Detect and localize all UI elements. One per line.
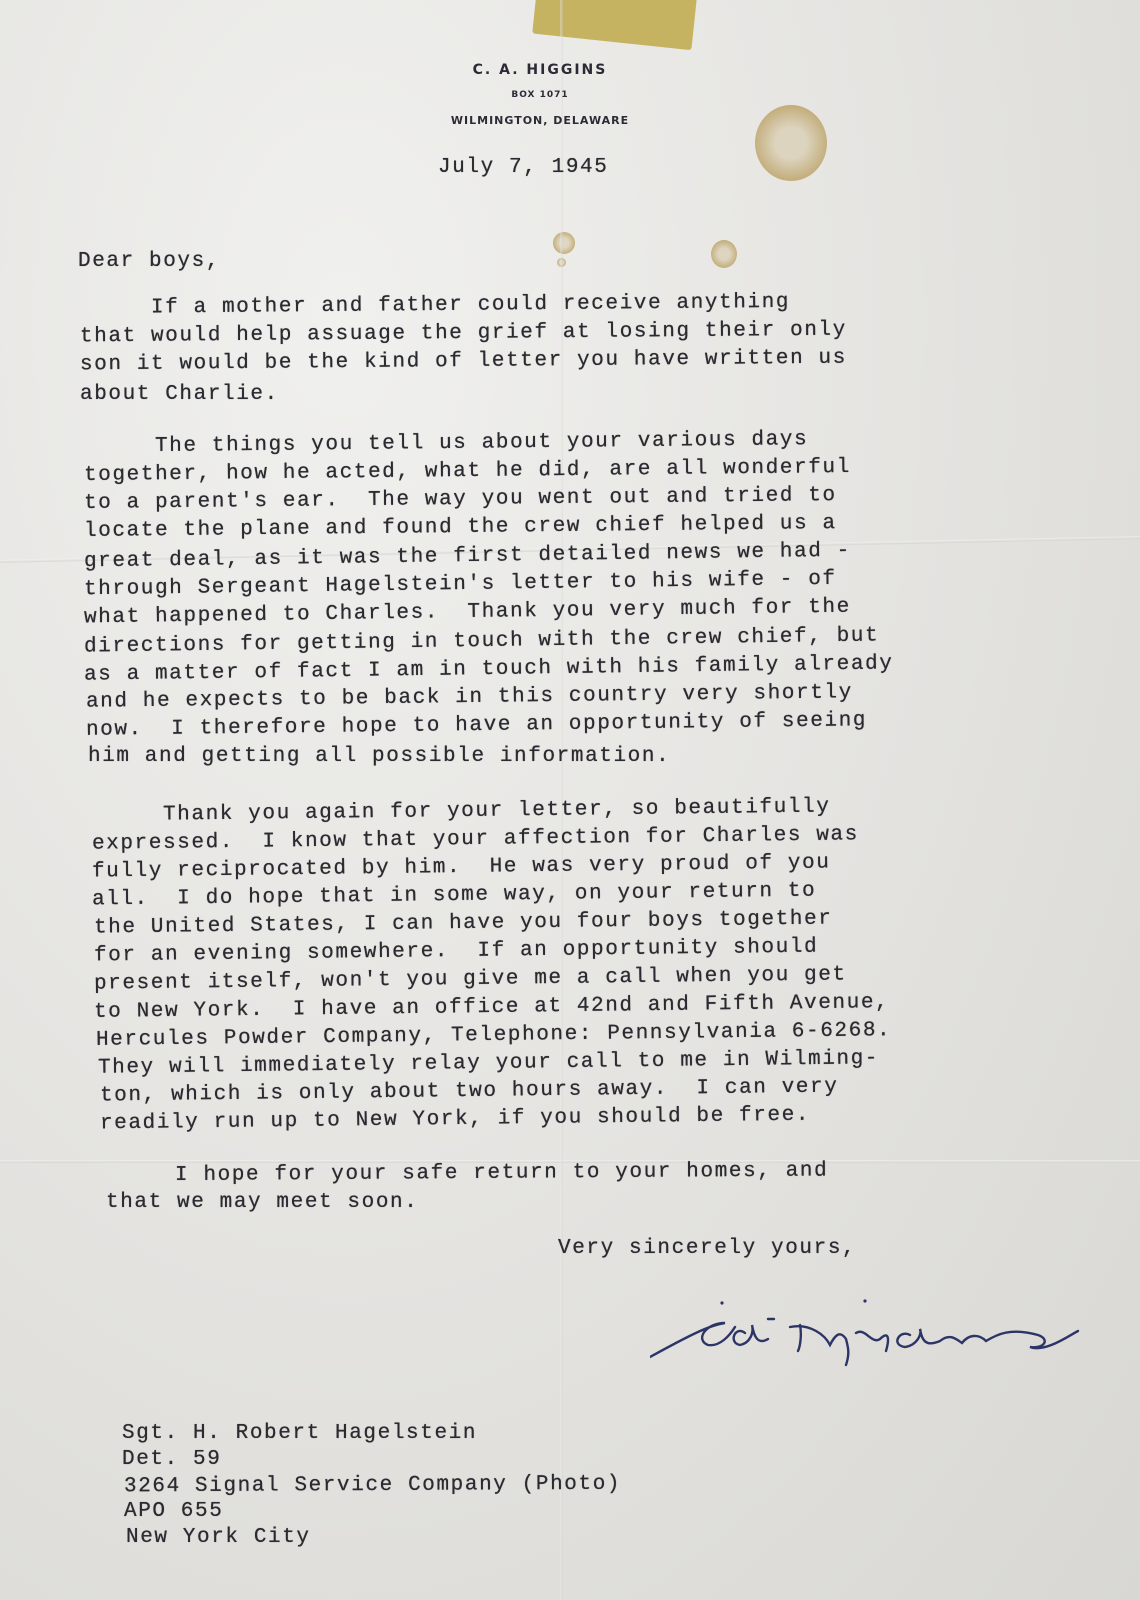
body-line: now. I therefore hope to have an opportu…	[86, 709, 867, 742]
body-line: together, how he acted, what he did, are…	[84, 456, 851, 487]
body-line: ton, which is only about two hours away.…	[100, 1075, 839, 1107]
body-line: son it would be the kind of letter you h…	[80, 347, 847, 377]
recipient-line: APO 655	[124, 1500, 223, 1523]
recipient-line: 3264 Signal Service Company (Photo)	[124, 1473, 621, 1499]
coffee-stain	[553, 232, 575, 254]
coffee-stain	[711, 240, 737, 268]
letterhead-box: BOX 1071	[400, 90, 680, 100]
body-line: all. I do hope that in some way, on your…	[92, 880, 817, 912]
body-line: readily run up to New York, if you shoul…	[100, 1104, 810, 1136]
body-line: the United States, I can have you four b…	[94, 907, 833, 939]
body-line: him and getting all possible information…	[88, 745, 670, 768]
letterhead-city: WILMINGTON, DELAWARE	[400, 114, 680, 127]
letter-date: July 7, 1945	[438, 156, 608, 179]
closing: Very sincerely yours,	[558, 1237, 856, 1260]
body-line: fully reciprocated by him. He was very p…	[92, 851, 831, 883]
letter-page: C. A. HIGGINS BOX 1071 WILMINGTON, DELAW…	[0, 0, 1140, 1600]
recipient-line: Sgt. H. Robert Hagelstein	[122, 1422, 477, 1445]
handwritten-signature	[650, 1295, 1080, 1375]
recipient-line: Det. 59	[122, 1448, 221, 1471]
body-line: what happened to Charles. Thank you very…	[84, 596, 851, 630]
tape-piece	[532, 0, 698, 50]
letterhead-name: C. A. HIGGINS	[400, 62, 680, 78]
body-line: expressed. I know that your affection fo…	[92, 823, 859, 855]
body-line: locate the plane and found the crew chie…	[84, 512, 837, 543]
body-line: I hope for your safe return to your home…	[104, 1159, 828, 1187]
body-line: and he expects to be back in this countr…	[86, 681, 853, 713]
salutation: Dear boys,	[78, 250, 220, 273]
body-line: present itself, won't you give me a call…	[94, 963, 847, 995]
body-line: Thank you again for your letter, so beau…	[92, 795, 831, 827]
coffee-stain	[755, 105, 827, 181]
body-line: that would help assuage the grief at los…	[80, 319, 847, 349]
body-line: for an evening somewhere. If an opportun…	[94, 936, 819, 968]
body-line: through Sergeant Hagelstein's letter to …	[84, 568, 837, 602]
body-line: to New York. I have an office at 42nd an…	[94, 991, 890, 1024]
body-line: about Charlie.	[80, 383, 279, 406]
body-line: If a mother and father could receive any…	[80, 291, 790, 320]
body-line: The things you tell us about your variou…	[84, 428, 809, 459]
body-line: that we may meet soon.	[106, 1191, 418, 1214]
body-line: to a parent's ear. The way you went out …	[84, 484, 837, 515]
recipient-line: New York City	[126, 1526, 311, 1549]
body-line: Hercules Powder Company, Telephone: Penn…	[96, 1019, 892, 1052]
body-line: They will immediately relay your call to…	[98, 1047, 879, 1080]
